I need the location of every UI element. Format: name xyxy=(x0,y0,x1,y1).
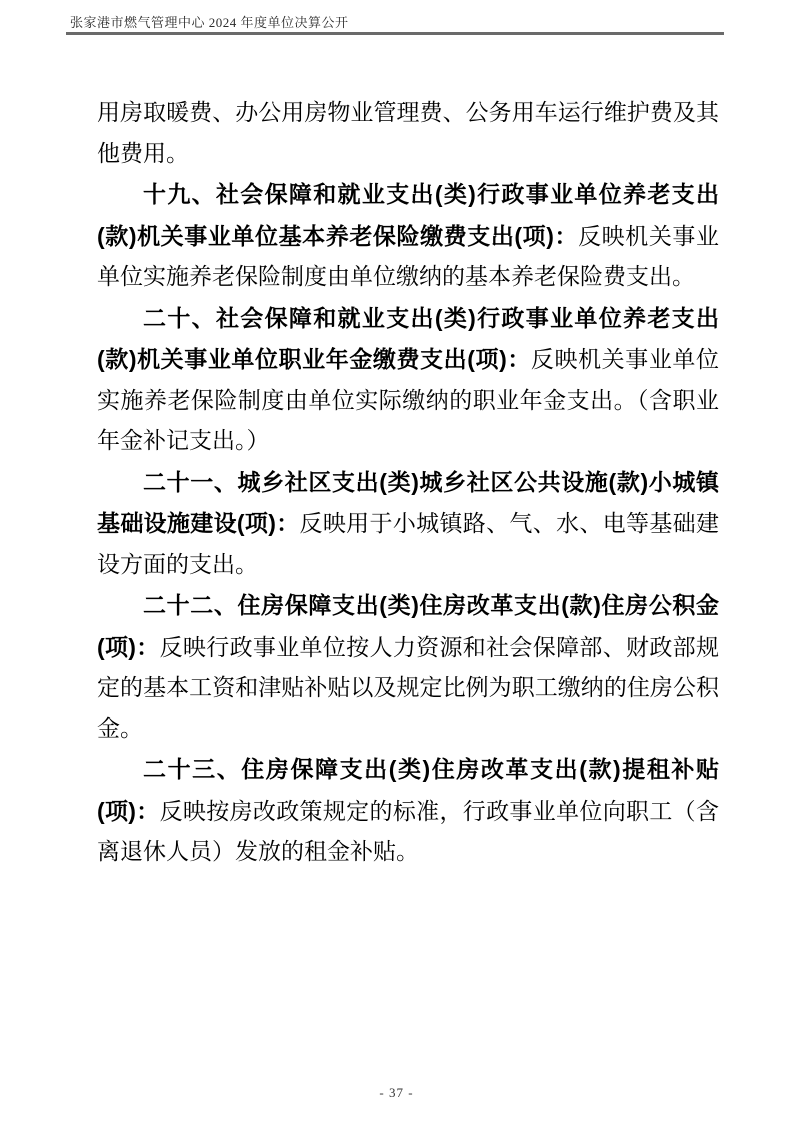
page-number: - 37 - xyxy=(379,1085,413,1100)
header-title: 张家港市燃气管理中心 2024 年度单位决算公开 xyxy=(70,12,349,31)
paragraph-text: 反映行政事业单位按人力资源和社会保障部、财政部规定的基本工资和津贴补贴以及规定比… xyxy=(97,635,719,741)
document-page: 张家港市燃气管理中心 2024 年度单位决算公开 用房取暖费、办公用房物业管理费… xyxy=(0,0,793,1122)
paragraph: 二十一、城乡社区支出(类)城乡社区公共设施(款)小城镇基础设施建设(项)：反映用… xyxy=(97,462,719,586)
paragraph-text: 反映按房改政策规定的标准，行政事业单位向职工（含离退休人员）发放的租金补贴。 xyxy=(97,799,719,865)
header-rule xyxy=(66,32,724,35)
paragraph: 二十二、住房保障支出(类)住房改革支出(款)住房公积金(项)：反映行政事业单位按… xyxy=(97,585,719,749)
paragraph: 二十、社会保障和就业支出(类)行政事业单位养老支出(款)机关事业单位职业年金缴费… xyxy=(97,298,719,462)
paragraph-text: 用房取暖费、办公用房物业管理费、公务用车运行维护费及其他费用。 xyxy=(97,100,719,166)
paragraph: 十九、社会保障和就业支出(类)行政事业单位养老支出(款)机关事业单位基本养老保险… xyxy=(97,174,719,298)
paragraph: 二十三、住房保障支出(类)住房改革支出(款)提租补贴(项)：反映按房改政策规定的… xyxy=(97,749,719,873)
document-body: 用房取暖费、办公用房物业管理费、公务用车运行维护费及其他费用。 十九、社会保障和… xyxy=(97,92,719,873)
paragraph: 用房取暖费、办公用房物业管理费、公务用车运行维护费及其他费用。 xyxy=(97,92,719,174)
page-footer: - 37 - xyxy=(0,1085,793,1101)
